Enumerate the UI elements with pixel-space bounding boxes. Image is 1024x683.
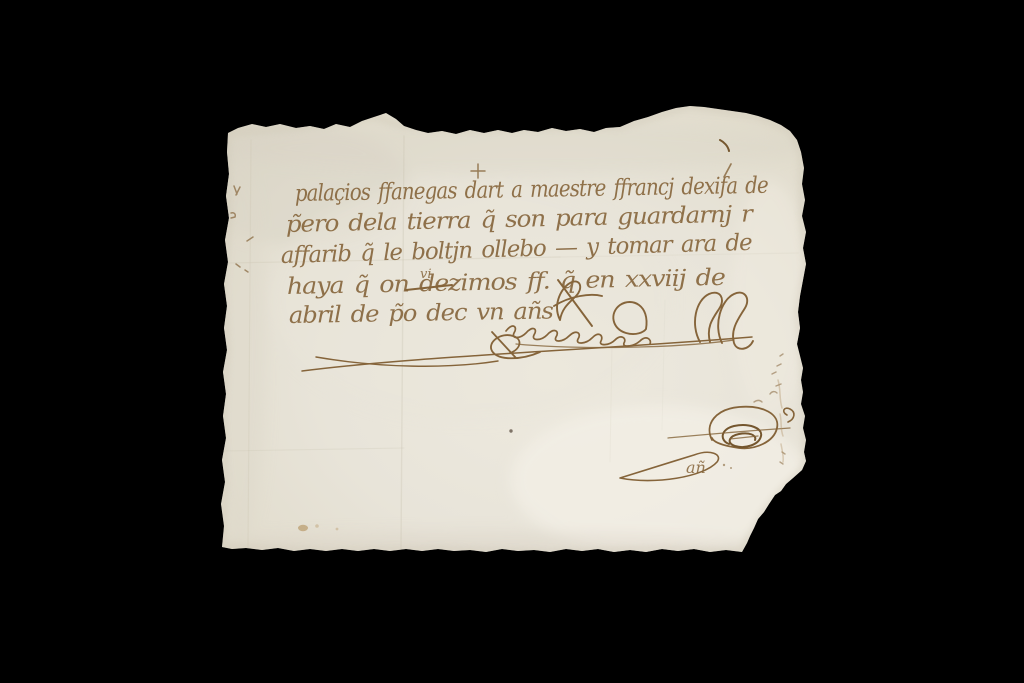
annotation-anos: añ — [686, 458, 706, 477]
manuscript-line-4-superscript: vi — [420, 267, 432, 282]
manuscript-photo: palaçios ffanegas dart a maestre ffrancj… — [0, 0, 1024, 683]
manuscript-line-5: abril de p̃o dec vn añs — [289, 298, 555, 329]
stain-spot — [336, 528, 339, 531]
annotation-dot — [723, 464, 725, 466]
photo-background: palaçios ffanegas dart a maestre ffrancj… — [0, 0, 1024, 683]
stain-spot — [315, 524, 319, 528]
stain-spot — [298, 525, 308, 531]
dark-speck — [509, 429, 512, 432]
annotation-dot — [730, 467, 732, 469]
